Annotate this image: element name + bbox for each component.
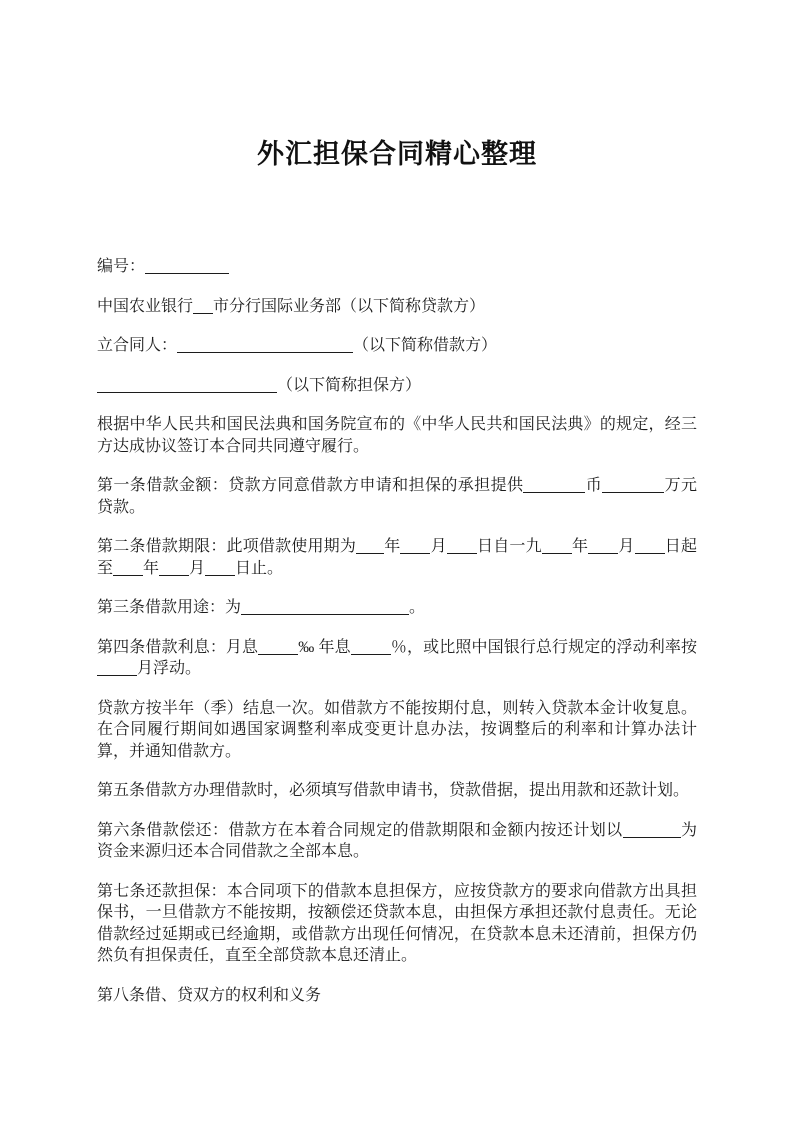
text-run: 立合同人： — [97, 337, 177, 354]
article-6-repayment: 第六条借款偿还：借款方在本着合同规定的借款期限和金额内按还计划以为资金来源归还本… — [97, 820, 697, 863]
text-run: 。 — [409, 599, 425, 616]
article-1-loan-amount: 第一条借款金额：贷款方同意借款方申请和担保的承担提供币万元贷款。 — [97, 475, 697, 518]
document-page: 外汇担保合同精心整理 编号：中国农业银行市分行国际业务部（以下简称贷款方）立合同… — [0, 0, 793, 1122]
interest-settlement-paragraph: 贷款方按半年（季）结息一次。如借款方不能按期付息，则转入贷款本金计收复息。在合同… — [97, 698, 697, 763]
borrower-line: 立合同人：（以下简称借款方） — [97, 335, 697, 357]
text-run: 月 — [189, 560, 205, 577]
text-run: 日止。 — [235, 560, 283, 577]
fill-in-blank — [113, 561, 143, 576]
fill-in-blank — [177, 338, 353, 353]
fill-in-blank — [523, 478, 585, 493]
article-8-rights-obligations: 第八条借、贷双方的权利和义务 — [97, 985, 697, 1007]
text-run: 币 — [585, 477, 602, 494]
document-content: 外汇担保合同精心整理 编号：中国农业银行市分行国际业务部（以下简称贷款方）立合同… — [97, 138, 697, 1006]
text-run: 市分行国际业务部（以下简称贷款方） — [213, 298, 485, 315]
article-7-repayment-guarantee: 第七条还款担保：本合同项下的借款本息担保方，应按贷款方的要求向借款方出具担保书，… — [97, 881, 697, 967]
fill-in-blank — [97, 661, 137, 676]
fill-in-blank — [159, 561, 189, 576]
fill-in-blank — [97, 378, 277, 393]
text-run: 日自一九 — [477, 538, 542, 555]
article-3-loan-purpose: 第三条借款用途：为。 — [97, 597, 697, 619]
text-run: 编号： — [97, 258, 145, 275]
text-run: 第二条借款期限：此项借款使用期为 — [97, 538, 356, 555]
fill-in-blank — [400, 539, 430, 554]
text-run: （以下简称借款方） — [353, 337, 497, 354]
text-run: 年 — [572, 538, 588, 555]
article-5-loan-procedure: 第五条借款方办理借款时，必须填写借款申请书，贷款借据，提出用款和还款计划。 — [97, 780, 697, 802]
document-title: 外汇担保合同精心整理 — [97, 138, 697, 170]
article-2-loan-term: 第二条借款期限：此项借款使用期为年月日自一九年月日起至年月日止。 — [97, 536, 697, 579]
fill-in-blank — [602, 478, 664, 493]
text-run: 中国农业银行 — [97, 298, 193, 315]
contract-number-line: 编号： — [97, 256, 697, 278]
text-run: 第三条借款用途：为 — [97, 599, 241, 616]
text-run: 第八条借、贷双方的权利和义务 — [97, 987, 321, 1004]
text-run: 年 — [143, 560, 159, 577]
text-run: 第四条借款利息：月息 — [97, 639, 258, 656]
fill-in-blank — [351, 640, 391, 655]
fill-in-blank — [623, 823, 681, 838]
text-run: 贷款方按半年（季）结息一次。如借款方不能按期付息，则转入贷款本金计收复息。在合同… — [97, 700, 697, 760]
fill-in-blank — [447, 539, 477, 554]
lender-line: 中国农业银行市分行国际业务部（以下简称贷款方） — [97, 296, 697, 318]
fill-in-blank — [193, 299, 213, 314]
text-run: ％，或比照中国银行总行规定的浮动利率按 — [391, 639, 697, 656]
text-run: 月 — [430, 538, 446, 555]
text-run: 月 — [618, 538, 634, 555]
document-body: 编号：中国农业银行市分行国际业务部（以下简称贷款方）立合同人：（以下简称借款方）… — [97, 256, 697, 1006]
text-run: 第五条借款方办理借款时，必须填写借款申请书，贷款借据，提出用款和还款计划。 — [97, 782, 689, 799]
guarantor-line: （以下简称担保方） — [97, 375, 697, 397]
fill-in-blank — [542, 539, 572, 554]
text-run: 月浮动。 — [137, 660, 201, 677]
fill-in-blank — [205, 561, 235, 576]
fill-in-blank — [258, 640, 298, 655]
fill-in-blank — [588, 539, 618, 554]
text-run: （以下简称担保方） — [277, 377, 421, 394]
text-run: 根据中华人民共和国民法典和国务院宣布的《中华人民共和国民法典》的规定，经三方达成… — [97, 416, 697, 455]
text-run: 第一条借款金额：贷款方同意借款方申请和担保的承担提供 — [97, 477, 523, 494]
fill-in-blank — [145, 259, 229, 274]
fill-in-blank — [635, 539, 665, 554]
preamble: 根据中华人民共和国民法典和国务院宣布的《中华人民共和国民法典》的规定，经三方达成… — [97, 414, 697, 457]
text-run: ‰ 年息 — [298, 639, 351, 656]
article-4-loan-interest: 第四条借款利息：月息‰ 年息％，或比照中国银行总行规定的浮动利率按月浮动。 — [97, 637, 697, 680]
fill-in-blank — [241, 600, 409, 615]
fill-in-blank — [356, 539, 384, 554]
text-run: 第七条还款担保：本合同项下的借款本息担保方，应按贷款方的要求向借款方出具担保书，… — [97, 883, 697, 965]
text-run: 年 — [384, 538, 400, 555]
text-run: 第六条借款偿还：借款方在本着合同规定的借款期限和金额内按还计划以 — [97, 822, 623, 839]
